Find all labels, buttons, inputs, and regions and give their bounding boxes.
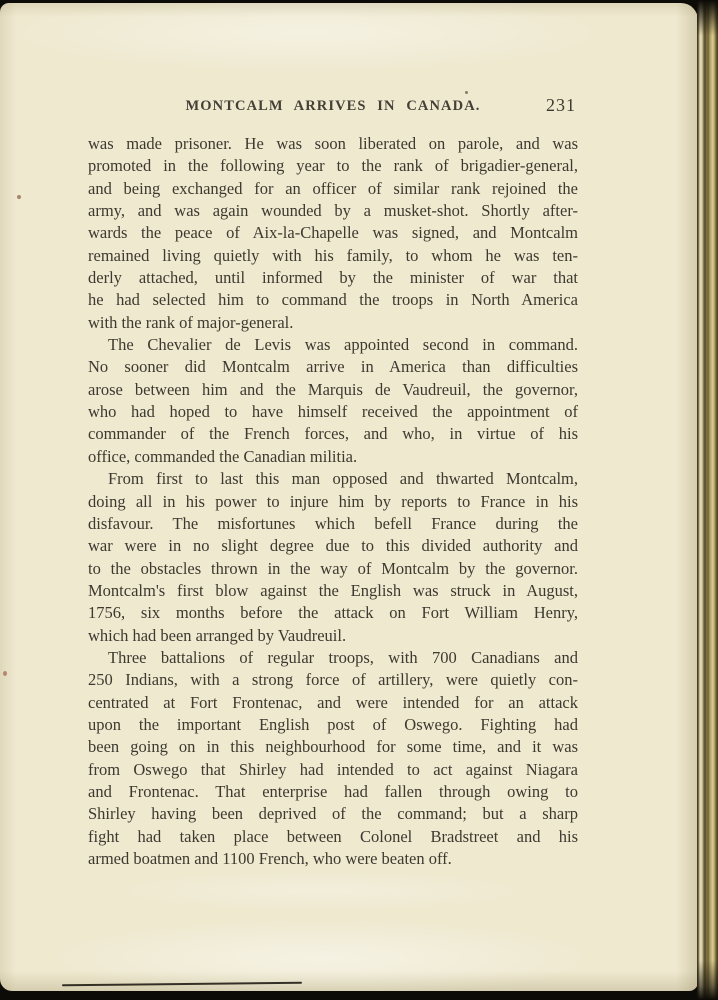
page-bottom-shadow bbox=[62, 982, 302, 987]
page-header: MONTCALM ARRIVES IN CANADA. 231 bbox=[88, 95, 578, 119]
book-fore-edge bbox=[697, 0, 718, 1000]
paragraph: was made prisoner. He was soon liberated… bbox=[88, 133, 578, 334]
page-body-text: was made prisoner. He was soon liberated… bbox=[88, 133, 578, 870]
page-number: 231 bbox=[546, 95, 576, 116]
text-line: office, commanded the Canadian militia. bbox=[88, 446, 578, 468]
text-line: arose between him and the Marquis de Vau… bbox=[88, 379, 578, 401]
text-line: been going on in this neighbourhood for … bbox=[88, 736, 578, 758]
text-line: Montcalm's first blow against the Englis… bbox=[88, 580, 578, 602]
paragraph: From first to last this man opposed and … bbox=[88, 468, 578, 647]
text-line: he had selected him to command the troop… bbox=[88, 289, 578, 311]
text-line: remained living quietly with his family,… bbox=[88, 245, 578, 267]
text-line: upon the important English post of Osweg… bbox=[88, 714, 578, 736]
text-line: who had hoped to have himself received t… bbox=[88, 401, 578, 423]
text-line: From first to last this man opposed and … bbox=[88, 468, 578, 490]
text-line: Three battalions of regular troops, with… bbox=[88, 647, 578, 669]
text-line: fight had taken place between Colonel Br… bbox=[88, 826, 578, 848]
running-title: MONTCALM ARRIVES IN CANADA. bbox=[88, 95, 578, 115]
text-line: Shirley having been deprived of the comm… bbox=[88, 803, 578, 825]
text-line: war were in no slight degree due to this… bbox=[88, 535, 578, 557]
text-line: with the rank of major-general. bbox=[88, 312, 578, 334]
text-line: and being exchanged for an officer of si… bbox=[88, 178, 578, 200]
text-line: army, and was again wounded by a musket-… bbox=[88, 200, 578, 222]
paragraph: Three battalions of regular troops, with… bbox=[88, 647, 578, 870]
text-line: was made prisoner. He was soon liberated… bbox=[88, 133, 578, 155]
text-line: commander of the French forces, and who,… bbox=[88, 423, 578, 445]
text-line: 1756, six months before the attack on Fo… bbox=[88, 602, 578, 624]
text-line: promoted in the following year to the ra… bbox=[88, 155, 578, 177]
text-line: 250 Indians, with a strong force of arti… bbox=[88, 669, 578, 691]
text-line: centrated at Fort Frontenac, and were in… bbox=[88, 692, 578, 714]
text-line: wards the peace of Aix-la-Chapelle was s… bbox=[88, 222, 578, 244]
scan-speck bbox=[465, 91, 468, 94]
text-line: to the obstacles thrown in the way of Mo… bbox=[88, 558, 578, 580]
text-line: doing all in his power to injure him by … bbox=[88, 491, 578, 513]
text-line: and Frontenac. That enterprise had falle… bbox=[88, 781, 578, 803]
book-page: MONTCALM ARRIVES IN CANADA. 231 was made… bbox=[0, 3, 698, 991]
text-line: No sooner did Montcalm arrive in America… bbox=[88, 356, 578, 378]
text-line: which had been arranged by Vaudreuil. bbox=[88, 625, 578, 647]
text-line: The Chevalier de Levis was appointed sec… bbox=[88, 334, 578, 356]
scan-speck bbox=[3, 671, 7, 676]
text-line: disfavour. The misfortunes which befell … bbox=[88, 513, 578, 535]
scanned-book-page: MONTCALM ARRIVES IN CANADA. 231 was made… bbox=[0, 0, 718, 1000]
text-line: from Oswego that Shirley had intended to… bbox=[88, 759, 578, 781]
text-line: derly attached, until informed by the mi… bbox=[88, 267, 578, 289]
paragraph: The Chevalier de Levis was appointed sec… bbox=[88, 334, 578, 468]
scan-speck bbox=[17, 195, 21, 199]
text-line: armed boatmen and 1100 French, who were … bbox=[88, 848, 578, 870]
